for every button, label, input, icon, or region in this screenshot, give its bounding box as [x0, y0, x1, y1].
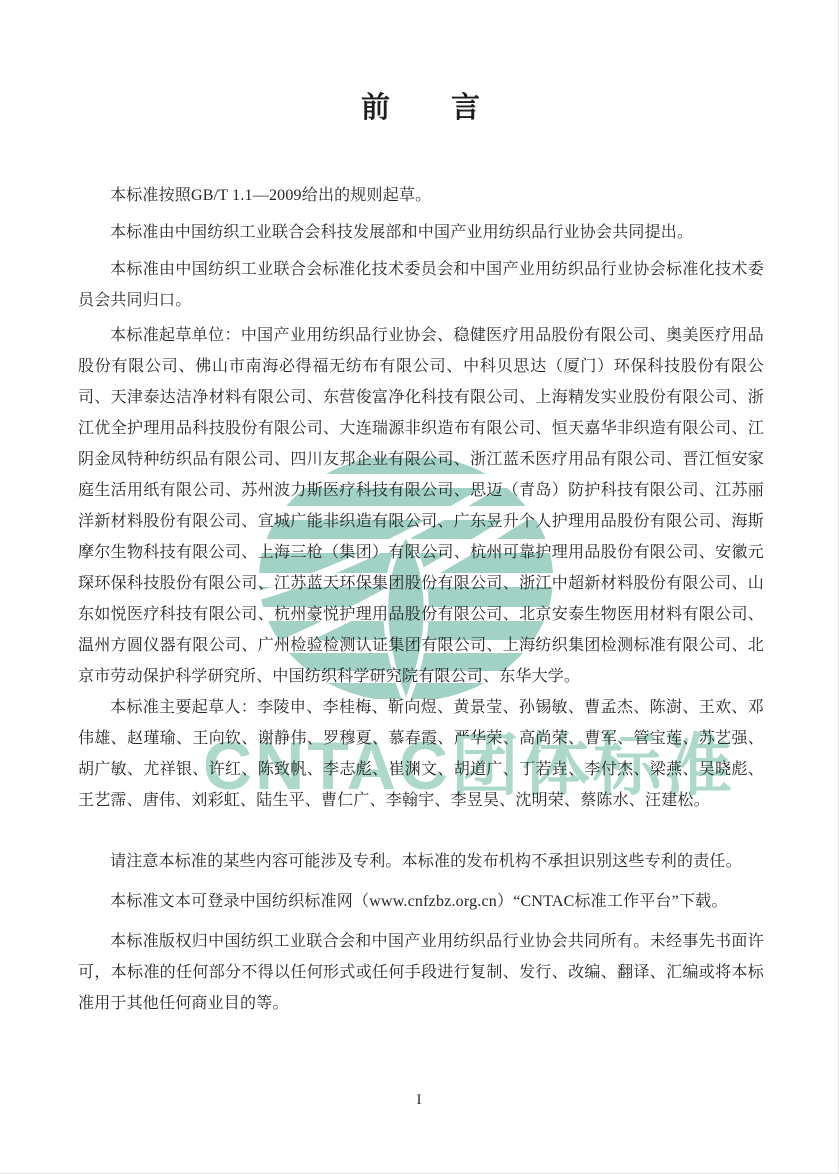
page-title: 前 言 — [78, 88, 764, 128]
document-page: CNTAC团体标准 前 言 本标准按照GB/T 1.1—2009给出的规则起草。… — [0, 0, 839, 1174]
paragraph-main-drafters: 本标准主要起草人：李陵申、李桂梅、靳向煜、黄景莹、孙锡敏、曹孟杰、陈澍、王欢、邓… — [78, 692, 764, 816]
paragraph-drafting-organizations: 本标准起草单位：中国产业用纺织品行业协会、稳健医疗用品股份有限公司、奥美医疗用品… — [78, 320, 764, 692]
paragraph-under-jurisdiction: 本标准由中国纺织工业联合会标准化技术委员会和中国产业用纺织品行业协会标准化技术委… — [78, 254, 764, 316]
paragraph-copyright: 本标准版权归中国纺织工业联合会和中国产业用纺织品行业协会共同所有。未经事先书面许… — [78, 926, 764, 1019]
paragraph-drafting-rules: 本标准按照GB/T 1.1—2009给出的规则起草。 — [78, 180, 764, 211]
page-content: 前 言 本标准按照GB/T 1.1—2009给出的规则起草。 本标准由中国纺织工… — [78, 88, 764, 1019]
paragraph-proposed-by: 本标准由中国纺织工业联合会科技发展部和中国产业用纺织品行业协会共同提出。 — [78, 217, 764, 248]
paragraph-download-info: 本标准文本可登录中国纺织标准网（www.cnfzbz.org.cn）“CNTAC… — [78, 886, 764, 917]
page-number: I — [0, 1092, 838, 1109]
paragraph-patent-notice: 请注意本标准的某些内容可能涉及专利。本标准的发布机构不承担识别这些专利的责任。 — [78, 846, 764, 877]
